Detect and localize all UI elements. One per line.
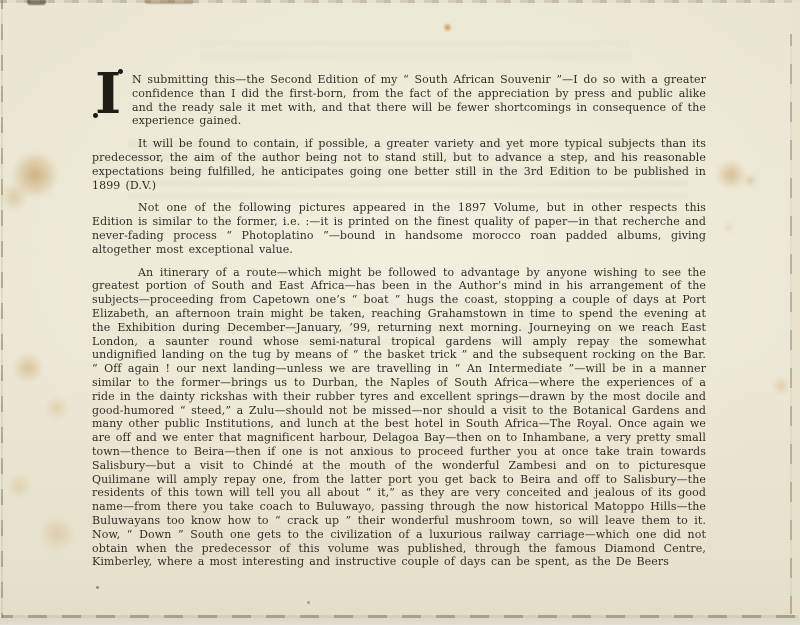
drop-cap: I (92, 68, 132, 121)
show-through-texture (200, 40, 630, 60)
drop-cap-dot-top (118, 69, 123, 74)
foxing-spot (715, 161, 747, 189)
foxing-spot (12, 152, 58, 198)
foxing-spot (443, 23, 452, 32)
foxing-spot (724, 223, 733, 232)
edge-mark (145, 0, 193, 4)
page-edge-bottom-strip (0, 618, 800, 625)
foxing-spot (2, 180, 26, 214)
foxing-spot (772, 378, 790, 394)
paragraph-pictures-text: Not one of the following pictures appear… (92, 201, 706, 255)
foxing-spot (744, 175, 757, 186)
paper-speck (307, 601, 310, 604)
foxing-spot (13, 353, 43, 383)
paragraph-itinerary-text: An itinerary of a route—which might be f… (92, 266, 706, 569)
edge-mark (27, 0, 46, 5)
page-edge-top (0, 0, 800, 3)
foxing-spot (44, 396, 70, 420)
paragraph-opening-text: N submitting this—the Second Edition of … (132, 73, 706, 127)
paragraph-contents-text: It will be found to contain, if possible… (92, 137, 706, 191)
drop-cap-dot-bottom (93, 113, 98, 118)
paragraph-itinerary: An itinerary of a route—which might be f… (92, 266, 706, 570)
paragraph-pictures: Not one of the following pictures appear… (92, 201, 706, 256)
foxing-spot (39, 518, 75, 550)
preface-text-block: I N submitting this—the Second Edition o… (92, 73, 706, 578)
foxing-spot (7, 474, 31, 498)
page-edge-left (1, 0, 3, 618)
scanned-page: I N submitting this—the Second Edition o… (0, 0, 800, 625)
drop-cap-letter: I (95, 71, 121, 118)
paragraph-contents: It will be found to contain, if possible… (92, 137, 706, 192)
paper-speck (96, 586, 99, 589)
page-edge-outer (792, 0, 800, 625)
paragraph-opening: I N submitting this—the Second Edition o… (92, 73, 706, 128)
